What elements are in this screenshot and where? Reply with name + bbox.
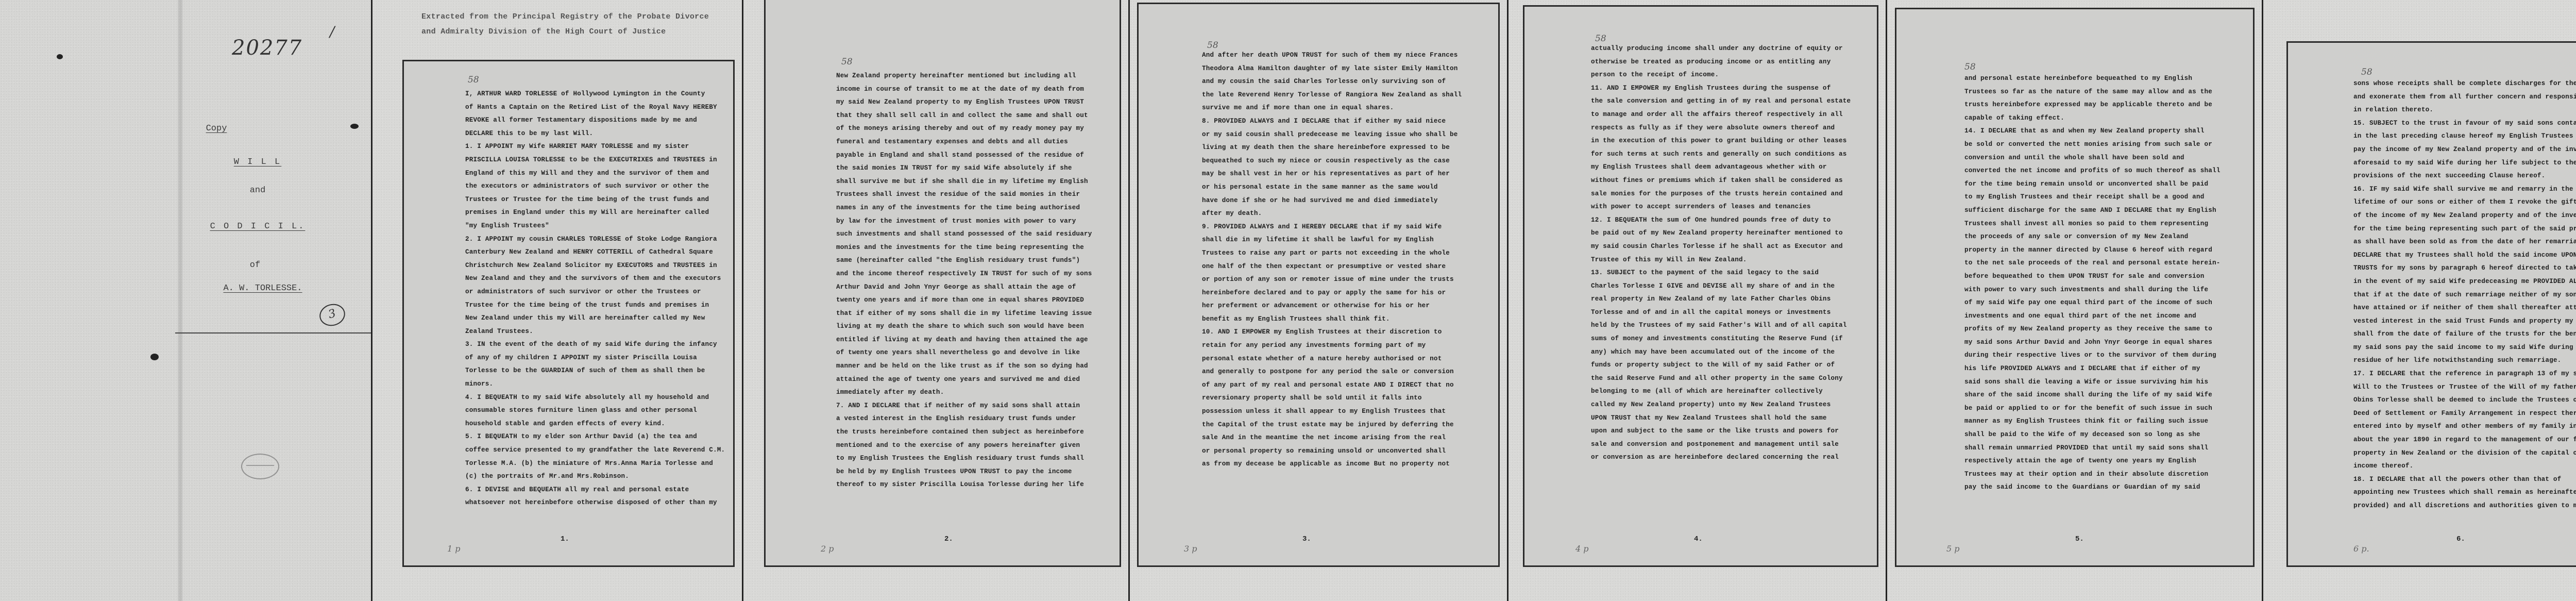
- typed-line: to the net sale proceeds of the real and…: [1964, 257, 2246, 270]
- typed-line: sons whose receipts shall be complete di…: [2353, 77, 2576, 91]
- typed-line: be paid out of my New Zealand property h…: [1591, 227, 1870, 240]
- typed-line: of any part of my real and personal esta…: [1202, 379, 1492, 392]
- typed-line: REVOKE all former Testamentary dispositi…: [465, 114, 726, 127]
- typed-line: aforesaid to my said Wife during her lif…: [2353, 157, 2576, 170]
- typed-line: funeral and testamentary expenses and de…: [836, 136, 1113, 149]
- folio-mark: 6 p.: [2353, 544, 2369, 554]
- typed-line: have done if she or he had survived me a…: [1202, 194, 1492, 208]
- typed-line: 12. I BEQUEATH the sum of One hundred po…: [1591, 214, 1870, 227]
- typed-line: belonging to me (all of which are herein…: [1591, 385, 1870, 398]
- typed-line: as shall have been sold as from the date…: [2353, 236, 2576, 249]
- typed-line: of the moneys arising thereby and out of…: [836, 122, 1113, 136]
- page-number: 2.: [944, 535, 953, 543]
- typed-line: mentioned and to the exercise of any pow…: [836, 439, 1113, 453]
- typed-line: Arthur David and John Ynyr George as sha…: [836, 281, 1113, 294]
- registry-header: Extracted from the Principal Registry of…: [421, 9, 732, 39]
- typed-line: the executors or administrators of such …: [465, 180, 726, 193]
- tick-mark: /: [330, 23, 334, 40]
- typed-line: provisions of the next succeeding Clause…: [2353, 170, 2576, 183]
- typed-line: Trustees so far as the nature of the sam…: [1964, 86, 2246, 99]
- typed-line: sums of money and investments constituti…: [1591, 332, 1870, 346]
- typed-line: by law for the investment of trust monie…: [836, 215, 1113, 228]
- typed-line: to my English Trustees and their receipt…: [1964, 191, 2246, 204]
- registry-header-line: Extracted from the Principal Registry of…: [421, 9, 732, 24]
- typed-line: actually producing income shall under an…: [1591, 42, 1870, 56]
- typed-line: 15. SUBJECT to the trust in favour of my…: [2353, 117, 2576, 130]
- typed-line: during their respective lives or to the …: [1964, 349, 2246, 362]
- typed-line: or conversion as are hereinbefore declar…: [1591, 451, 1870, 464]
- typed-line: my said sons Arthur David and John Ynyr …: [1964, 336, 2246, 349]
- typed-line: my said cousin Charles Torlesse if he sh…: [1591, 240, 1870, 254]
- typed-line: hereinbefore declared and to pay or appl…: [1202, 287, 1492, 300]
- typed-line: DECLARE that my Trustees shall hold the …: [2353, 249, 2576, 262]
- will-page-1: Extracted from the Principal Registry of…: [371, 0, 742, 601]
- typed-line: real property in New Zealand of my late …: [1591, 293, 1870, 306]
- typed-line: Trustees shall invest all monies so paid…: [1964, 218, 2246, 231]
- typed-line: sale monies for the purposes of the trus…: [1591, 188, 1870, 201]
- typed-line: payable in England and shall stand posse…: [836, 149, 1113, 162]
- typed-line: before bequeathed to them UPON TRUST for…: [1964, 270, 2246, 283]
- typed-line: and personal estate hereinbefore bequeat…: [1964, 72, 2246, 86]
- typed-line: twenty one years and if more than one in…: [836, 294, 1113, 307]
- typed-line: of my said Wife pay one equal third part…: [1964, 296, 2246, 310]
- typed-line: for such terms at such rents and general…: [1591, 148, 1870, 161]
- will-page-6: 58 sons whose receipts shall be complete…: [2262, 0, 2576, 601]
- typed-line: 5. I BEQUEATH to my elder son Arthur Dav…: [465, 430, 726, 444]
- typed-line: my said New Zealand property to my Engli…: [836, 96, 1113, 109]
- typed-line: Trustees may at their option and in thei…: [1964, 468, 2246, 481]
- typed-line: 9. PROVIDED ALWAYS and I HEREBY DECLARE …: [1202, 221, 1492, 234]
- will-page-2: 58 New Zealand property hereinafter ment…: [742, 0, 1128, 601]
- typed-line: capable of taking effect.: [1964, 112, 2246, 125]
- typed-line: the Capital of the trust estate may be i…: [1202, 419, 1492, 432]
- ink-spot: [350, 124, 359, 129]
- typed-line: investments and one equal third part of …: [1964, 310, 2246, 323]
- typed-line: 18. I DECLARE that all the powers other …: [2353, 473, 2576, 487]
- typed-line: residue of her life notwithstanding such…: [2353, 354, 2576, 368]
- typed-line: held by the Trustees of my said Father's…: [1591, 319, 1870, 332]
- page-body: and personal estate hereinbefore bequeat…: [1964, 72, 2246, 494]
- typed-line: be sold or converted the nett monies ari…: [1964, 138, 2246, 152]
- typed-line: entered into by myself and other members…: [2353, 420, 2576, 433]
- typed-line: 3. IN the event of the death of my said …: [465, 338, 726, 352]
- typed-line: "my English Trustees": [465, 220, 726, 233]
- typed-line: Charles Torlesse I GIVE and DEVISE all m…: [1591, 280, 1870, 293]
- folio-mark: 1 p: [447, 544, 461, 554]
- typed-line: appointing new Trustees which shall rema…: [2353, 486, 2576, 499]
- circled-number: 3: [317, 301, 347, 329]
- typed-line: retain for any period any investments fo…: [1202, 339, 1492, 353]
- typed-line: or his personal estate in the same manne…: [1202, 181, 1492, 194]
- typed-line: personal estate whether of a nature here…: [1202, 353, 1492, 366]
- typed-line: 16. IF my said Wife shall survive me and…: [2353, 183, 2576, 196]
- folio-mark: 4 p: [1575, 544, 1589, 554]
- typed-line: reversionary property shall be sold unti…: [1202, 392, 1492, 405]
- folio-mark: 5 p: [1946, 544, 1960, 554]
- typed-line: coffee service presented to my grandfath…: [465, 444, 726, 457]
- typed-line: provided) and all discretions and author…: [2353, 499, 2576, 513]
- typed-line: New Zealand property hereinafter mention…: [836, 70, 1113, 83]
- typed-line: to my English Trustees the English resid…: [836, 452, 1113, 465]
- typed-line: 4. I BEQUEATH to my said Wife absolutely…: [465, 391, 726, 405]
- typed-line: to manage and order all the affairs ther…: [1591, 108, 1870, 122]
- typed-line: funds or property subject to the Will of…: [1591, 359, 1870, 372]
- typed-line: and the income thereof respectively IN T…: [836, 268, 1113, 281]
- ink-spot: [57, 54, 63, 59]
- typed-line: England of this my Will and they and the…: [465, 167, 726, 180]
- typed-line: shall survive me but if she shall die in…: [836, 175, 1113, 189]
- typed-line: such investments and shall stand possess…: [836, 228, 1113, 241]
- typed-line: my English Trustees shall deem advantage…: [1591, 161, 1870, 174]
- typed-line: her preferment or advancement or otherwi…: [1202, 299, 1492, 313]
- typed-line: in the event of my said Wife predeceasin…: [2353, 275, 2576, 289]
- typed-line: manner and be held on the like trust as …: [836, 360, 1113, 373]
- cover-rule: [175, 332, 371, 333]
- typed-line: or my said cousin shall predecease me le…: [1202, 128, 1492, 142]
- typed-line: immediately after my death.: [836, 386, 1113, 399]
- typed-line: Christchurch New Zealand Solicitor my EX…: [465, 259, 726, 273]
- typed-line: his life PROVIDED ALWAYS and I DECLARE t…: [1964, 362, 2246, 376]
- typed-line: of Hants a Captain on the Retired List o…: [465, 101, 726, 114]
- page-body: And after her death UPON TRUST for such …: [1202, 49, 1492, 471]
- page-body: I, ARTHUR WARD TORLESSE of Hollywood Lym…: [465, 88, 726, 510]
- page-body: sons whose receipts shall be complete di…: [2353, 77, 2576, 513]
- typed-line: or administrators of such survivor or ot…: [465, 286, 726, 299]
- typed-line: the late Reverend Henry Torlesse of Rang…: [1202, 89, 1492, 102]
- typed-line: Trustees to raise any part or parts not …: [1202, 247, 1492, 260]
- cover-sheet: 20277 / Copy W I L L and C O D I C I L. …: [0, 0, 371, 601]
- typed-line: Trustees or Trustee for the time being o…: [465, 193, 726, 207]
- typed-line: UPON TRUST that my New Zealand Trustees …: [1591, 412, 1870, 425]
- typed-line: consumable stores furniture linen glass …: [465, 404, 726, 418]
- typed-line: without fines or premiums which if taken…: [1591, 174, 1870, 188]
- typed-line: living at my death then the share herein…: [1202, 141, 1492, 155]
- typed-line: a vested interest in the English residua…: [836, 412, 1113, 426]
- typed-line: Torlesse M.A. (b) the miniature of Mrs.A…: [465, 457, 726, 471]
- typed-line: be held by my English Trustees UPON TRUS…: [836, 465, 1113, 479]
- typed-line: may be shall vest in her or his represen…: [1202, 168, 1492, 181]
- typed-line: Trustee for the time being of the trust …: [465, 299, 726, 312]
- typed-line: pay the said income to the Guardians or …: [1964, 481, 2246, 494]
- typed-line: Will to the Trustees or Trustee of the W…: [2353, 381, 2576, 394]
- typed-line: New Zealand and they and the survivors o…: [465, 272, 726, 286]
- typed-line: and generally to postpone for any period…: [1202, 365, 1492, 379]
- typed-line: about the year 1890 in regard to the man…: [2353, 433, 2576, 447]
- typed-line: of any of my children I APPOINT my siste…: [465, 352, 726, 365]
- will-page-5: 58 and personal estate hereinbefore bequ…: [1886, 0, 2262, 601]
- typed-line: shall remain unmarried PROVIDED that unt…: [1964, 442, 2246, 455]
- typed-line: sale And in the meantime the net income …: [1202, 431, 1492, 445]
- typed-line: survive me and if more than one in equal…: [1202, 102, 1492, 115]
- typed-line: Canterbury New Zealand and HENRY COTTERI…: [465, 246, 726, 259]
- typed-line: Trustee of this my Will in New Zealand.: [1591, 254, 1870, 267]
- typed-line: person to the receipt of income.: [1591, 69, 1870, 82]
- margin-annotation: 58: [468, 75, 479, 85]
- typed-line: I, ARTHUR WARD TORLESSE of Hollywood Lym…: [465, 88, 726, 101]
- typed-line: household stable and garden effects of e…: [465, 418, 726, 431]
- typed-line: benefit as my English Trustees shall thi…: [1202, 313, 1492, 326]
- typed-line: Deed of Settlement or Family Arrangement…: [2353, 407, 2576, 421]
- typed-line: the said Reserve Fund and all other prop…: [1591, 372, 1870, 386]
- typed-line: names in any of the investments for the …: [836, 202, 1113, 215]
- page-number: 6.: [2456, 535, 2465, 543]
- margin-annotation: 58: [2361, 67, 2372, 77]
- typed-line: manner as my English Trustees think fit …: [1964, 415, 2246, 428]
- typed-line: profits of my New Zealand property as th…: [1964, 323, 2246, 336]
- will-page-4: 58 actually producing income shall under…: [1507, 0, 1886, 601]
- typed-line: bequeathed to such my niece or cousin re…: [1202, 155, 1492, 168]
- typed-line: otherwise be treated as producing income…: [1591, 56, 1870, 69]
- typed-line: Obins Torlesse shall be deemed to includ…: [2353, 394, 2576, 407]
- typed-line: that they shall sell call in and collect…: [836, 109, 1113, 123]
- typed-line: 6. I DEVISE and BEQUEATH all my real and…: [465, 483, 726, 497]
- page-number: 4.: [1694, 535, 1703, 543]
- typed-line: and exonerate them from all further conc…: [2353, 91, 2576, 104]
- typed-line: DECLARE this to be my last Will.: [465, 127, 726, 141]
- typed-line: respects as fully as if they were absolu…: [1591, 122, 1870, 135]
- page-number: 5.: [2075, 535, 2084, 543]
- typed-line: sufficient discharge for the same AND I …: [1964, 204, 2246, 218]
- typed-line: 1. I APPOINT my Wife HARRIET MARY TORLES…: [465, 140, 726, 154]
- typed-line: shall be paid to the Wife of my deceased…: [1964, 428, 2246, 442]
- typed-line: with power to vary such investments and …: [1964, 283, 2246, 297]
- typed-line: premises in England under this my Will a…: [465, 206, 726, 220]
- typed-line: said sons shall die leaving a Wife or is…: [1964, 376, 2246, 389]
- registry-stamp: [241, 454, 279, 479]
- typed-line: Torlesse to be the GUARDIAN of such of t…: [465, 364, 726, 378]
- typed-line: lifetime of our sons or either of them I…: [2353, 196, 2576, 209]
- typed-line: attained the age of twenty one years and…: [836, 373, 1113, 387]
- page-number: 1.: [561, 535, 569, 543]
- typed-line: vested interest in the said Trust Funds …: [2353, 315, 2576, 328]
- typed-line: Torlesse and of and in all the capital m…: [1591, 306, 1870, 320]
- typed-line: 8. PROVIDED ALWAYS and I DECLARE that if…: [1202, 115, 1492, 128]
- typed-line: as from my decease be applicable as inco…: [1202, 458, 1492, 471]
- typed-line: monies and the investments for the time …: [836, 241, 1113, 255]
- page-number: 3.: [1302, 535, 1311, 543]
- typed-line: or personal property so remaining unsold…: [1202, 445, 1492, 458]
- typed-line: Zealand Trustees.: [465, 325, 726, 339]
- typed-line: entitled if living at my death and havin…: [836, 333, 1113, 347]
- margin-annotation: 58: [841, 57, 853, 67]
- page-body: actually producing income shall under an…: [1591, 42, 1870, 464]
- page-body: New Zealand property hereinafter mention…: [836, 70, 1113, 492]
- typed-line: have attained or if neither of them shal…: [2353, 302, 2576, 315]
- typed-line: the trusts hereinbefore contained then s…: [836, 426, 1113, 439]
- typed-line: the proceeds of any sale or conversion o…: [1964, 230, 2246, 244]
- typed-line: any) which may have been accumulated out…: [1591, 346, 1870, 359]
- typed-line: TRUSTS for my sons by paragraph 6 hereof…: [2353, 262, 2576, 275]
- will-page-3: 58 And after her death UPON TRUST for su…: [1128, 0, 1507, 601]
- typed-line: Theodora Alma Hamilton daughter of my la…: [1202, 62, 1492, 76]
- typed-line: after my death.: [1202, 207, 1492, 221]
- typed-line: that if at the date of such remarriage n…: [2353, 289, 2576, 302]
- typed-line: trusts hereinbefore expressed may be app…: [1964, 98, 2246, 112]
- typed-line: income thereof.: [2353, 460, 2576, 473]
- typed-line: conversion and until the whole shall hav…: [1964, 152, 2246, 165]
- typed-line: of twenty one years shall nevertheless g…: [836, 346, 1113, 360]
- typed-line: for the time being remain unsold or unco…: [1964, 178, 2246, 191]
- typed-line: possession unless it shall appear to my …: [1202, 405, 1492, 419]
- typed-line: property in the manner directed by Claus…: [1964, 244, 2246, 257]
- typed-line: converted the net income and profits of …: [1964, 164, 2246, 178]
- ink-spot: [150, 354, 159, 360]
- typed-line: be paid or applied to or for the benefit…: [1964, 402, 2246, 415]
- typed-line: with power to accept surrenders of lease…: [1591, 201, 1870, 214]
- typed-line: or portion of any son or remoter issue o…: [1202, 273, 1492, 287]
- typed-line: upon and subject to the same or the like…: [1591, 425, 1870, 438]
- file-number: 20277: [232, 36, 302, 60]
- typed-line: for the time being representing such par…: [2353, 223, 2576, 236]
- typed-line: same (hereinafter called "the English re…: [836, 254, 1113, 268]
- typed-line: the sale conversion and getting in of my…: [1591, 95, 1870, 108]
- typed-line: called my New Zealand property) unto my …: [1591, 398, 1870, 412]
- cover-copy-label: Copy: [31, 124, 402, 133]
- fold-crease: [178, 0, 183, 601]
- typed-line: New Zealand under this my Will are herei…: [465, 312, 726, 325]
- margin-annotation: 58: [1964, 62, 1976, 72]
- folio-mark: 3 p: [1184, 544, 1197, 554]
- typed-line: that if either of my sons shall die in m…: [836, 307, 1113, 321]
- typed-line: whatsoever not hereinbefore otherwise di…: [465, 496, 726, 510]
- typed-line: of the income of my New Zealand property…: [2353, 209, 2576, 223]
- typed-line: sale and conversion and postponement and…: [1591, 438, 1870, 452]
- typed-line: one half of the then expectant or presum…: [1202, 260, 1492, 274]
- typed-line: 2. I APPOINT my cousin CHARLES TORLESSE …: [465, 233, 726, 246]
- typed-line: thereof to my sister Priscilla Louisa To…: [836, 478, 1113, 492]
- typed-line: property in New Zealand or the division …: [2353, 447, 2576, 460]
- typed-line: (c) the portraits of Mr.and Mrs.Robinson…: [465, 470, 726, 483]
- typed-line: PRISCILLA LOUISA TORLESSE to be the EXEC…: [465, 154, 726, 167]
- typed-line: And after her death UPON TRUST for such …: [1202, 49, 1492, 62]
- typed-line: in the last preceding clause hereof my E…: [2353, 130, 2576, 143]
- typed-line: respectively attain the age of twenty on…: [1964, 455, 2246, 468]
- typed-line: minors.: [465, 378, 726, 391]
- typed-line: and my cousin the said Charles Torlesse …: [1202, 75, 1492, 89]
- typed-line: share of the said income shall during th…: [1964, 389, 2246, 402]
- typed-line: income in course of transit to me at the…: [836, 83, 1113, 96]
- typed-line: 17. I DECLARE that the reference in para…: [2353, 368, 2576, 381]
- typed-line: 7. AND I DECLARE that if neither of my s…: [836, 399, 1113, 413]
- registry-header-line: and Admiralty Division of the High Court…: [421, 24, 732, 39]
- typed-line: 10. AND I EMPOWER my English Trustees at…: [1202, 326, 1492, 339]
- typed-line: shall die in my lifetime it shall be law…: [1202, 233, 1492, 247]
- folio-mark: 2 p: [821, 544, 834, 554]
- typed-line: the said monies IN TRUST for my said Wif…: [836, 162, 1113, 175]
- typed-line: shall from the date of failure of the tr…: [2353, 328, 2576, 341]
- typed-line: 13. SUBJECT to the payment of the said l…: [1591, 266, 1870, 280]
- typed-line: in relation thereto.: [2353, 104, 2576, 117]
- typed-line: 14. I DECLARE that as and when my New Ze…: [1964, 125, 2246, 138]
- typed-line: 11. AND I EMPOWER my English Trustees du…: [1591, 82, 1870, 95]
- typed-line: in the execution of this power to grant …: [1591, 135, 1870, 148]
- typed-line: Trustees shall invest the residue of the…: [836, 188, 1113, 202]
- typed-line: living at my death the share to which su…: [836, 320, 1113, 333]
- typed-line: my said sons pay the said income to my s…: [2353, 341, 2576, 355]
- typed-line: pay the income of my New Zealand propert…: [2353, 143, 2576, 157]
